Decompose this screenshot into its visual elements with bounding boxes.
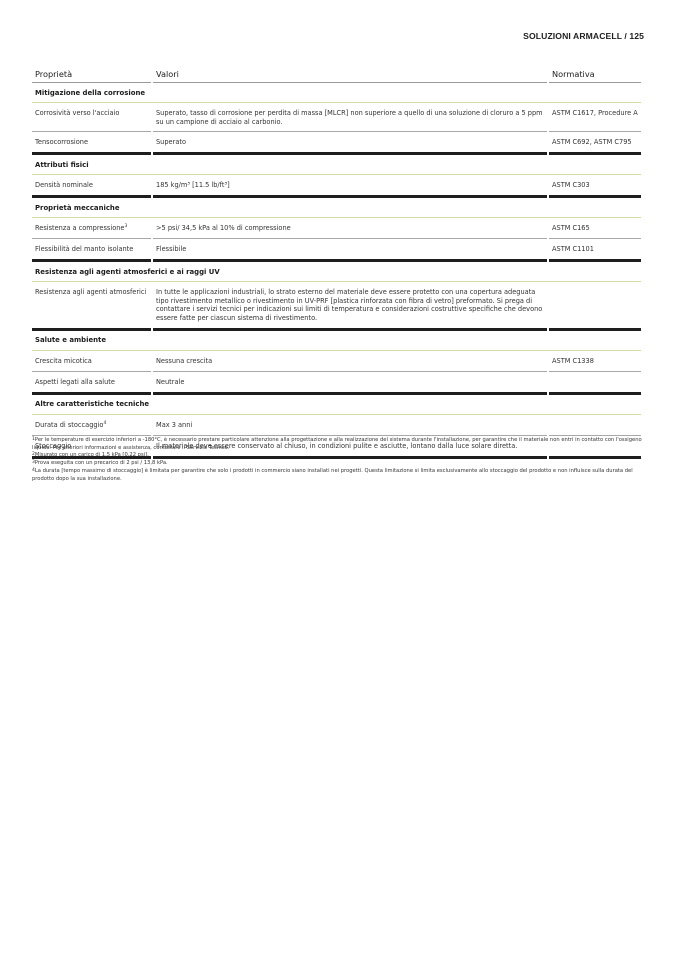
property-cell: Tensocorrosione xyxy=(32,132,151,155)
property-cell: Densità nominale xyxy=(32,175,151,198)
value-cell: >5 psi/ 34,5 kPa al 10% di compressione xyxy=(153,218,547,239)
property-label: Resistenza a compressione xyxy=(35,224,124,232)
value-cell: Neutrale xyxy=(153,372,547,395)
value-cell: Flessibile xyxy=(153,239,547,262)
value-cell: Superato, tasso di corrosione per perdit… xyxy=(153,103,547,132)
table-row: Aspetti legati alla saluteNeutrale xyxy=(32,372,641,395)
value-cell: 185 kg/m³ [11.5 lb/ft³] xyxy=(153,175,547,198)
table-body: Mitigazione della corrosioneCorrosività … xyxy=(32,83,641,459)
footnote: 4La durata [tempo massimo di stoccaggio]… xyxy=(32,468,644,483)
property-label: Aspetti legati alla salute xyxy=(35,378,115,386)
footnotes: 1Per le temperature di esercizio inferio… xyxy=(32,437,644,483)
page-header: SOLUZIONI ARMACELL / 125 xyxy=(523,31,644,41)
footnote: 1Per le temperature di esercizio inferio… xyxy=(32,437,644,452)
value-cell: Max 3 anni xyxy=(153,415,547,436)
footnote-text: La durata [tempo massimo di stoccaggio] … xyxy=(32,468,633,482)
table-row: Resistenza a compressione3>5 psi/ 34,5 k… xyxy=(32,218,641,239)
table-row: Corrosività verso l'acciaioSuperato, tas… xyxy=(32,103,641,132)
standard-cell: ASTM C303 xyxy=(549,175,641,198)
property-cell: Crescita micotica xyxy=(32,351,151,372)
column-header-standard: Normativa xyxy=(549,69,641,83)
footnote-text: Prova eseguita con un precarico di 2 psi… xyxy=(35,460,168,466)
table-header: Proprietà Valori Normativa xyxy=(32,64,641,83)
property-cell: Corrosività verso l'acciaio xyxy=(32,103,151,132)
property-cell: Flessibilità del manto isolante xyxy=(32,239,151,262)
table-row: Durata di stoccaggio4Max 3 anni xyxy=(32,415,641,436)
column-header-value: Valori xyxy=(153,69,547,83)
footnote-ref: 3 xyxy=(124,224,127,229)
property-label: Corrosività verso l'acciaio xyxy=(35,109,119,117)
property-cell: Durata di stoccaggio4 xyxy=(32,415,151,436)
property-label: Densità nominale xyxy=(35,181,93,189)
property-label: Durata di stoccaggio xyxy=(35,421,103,429)
property-cell: Aspetti legati alla salute xyxy=(32,372,151,395)
section-header: Resistenza agli agenti atmosferici e ai … xyxy=(32,262,641,282)
property-label: Tensocorrosione xyxy=(35,138,88,146)
footnote-text: Per le temperature di esercizio inferior… xyxy=(32,437,642,451)
footnote-number: 1 xyxy=(32,437,35,442)
standard-cell: ASTM C165 xyxy=(549,218,641,239)
table-row: TensocorrosioneSuperatoASTM C692, ASTM C… xyxy=(32,132,641,155)
property-cell: Resistenza a compressione3 xyxy=(32,218,151,239)
value-cell: Nessuna crescita xyxy=(153,351,547,372)
standard-cell: ASTM C1338 xyxy=(549,351,641,372)
standard-cell: ASTM C1101 xyxy=(549,239,641,262)
section-header: Altre caratteristiche tecniche xyxy=(32,395,641,415)
value-cell: In tutte le applicazioni industriali, lo… xyxy=(153,282,547,330)
footnote-ref: 4 xyxy=(103,421,106,426)
section-header: Salute e ambiente xyxy=(32,331,641,351)
footnote: 2Misurato con un carico di 1,5 kPa [0,22… xyxy=(32,452,644,460)
value-cell: Superato xyxy=(153,132,547,155)
footnote-text: Misurato con un carico di 1,5 kPa [0,22 … xyxy=(35,452,149,458)
footnote-number: 2 xyxy=(32,452,35,457)
table-row: Crescita micoticaNessuna crescitaASTM C1… xyxy=(32,351,641,372)
section-header: Attributi fisici xyxy=(32,155,641,175)
column-header-property: Proprietà xyxy=(32,69,151,83)
property-cell: Resistenza agli agenti atmosferici xyxy=(32,282,151,330)
properties-table: Proprietà Valori Normativa Mitigazione d… xyxy=(32,64,641,459)
footnote-number: 3 xyxy=(32,460,35,465)
footnote-number: 4 xyxy=(32,468,35,473)
property-label: Flessibilità del manto isolante xyxy=(35,245,133,253)
footnote: 3Prova eseguita con un precarico di 2 ps… xyxy=(32,460,644,468)
section-header: Mitigazione della corrosione xyxy=(32,83,641,103)
table-row: Densità nominale185 kg/m³ [11.5 lb/ft³]A… xyxy=(32,175,641,198)
standard-cell: ASTM C1617, Procedure A xyxy=(549,103,641,132)
property-label: Crescita micotica xyxy=(35,357,92,365)
standard-cell: ASTM C692, ASTM C795 xyxy=(549,132,641,155)
standard-cell xyxy=(549,415,641,436)
property-label: Resistenza agli agenti atmosferici xyxy=(35,288,146,296)
table-row: Resistenza agli agenti atmosfericiIn tut… xyxy=(32,282,641,330)
standard-cell xyxy=(549,372,641,395)
table-row: Flessibilità del manto isolanteFlessibil… xyxy=(32,239,641,262)
standard-cell xyxy=(549,282,641,330)
section-header: Proprietà meccaniche xyxy=(32,198,641,218)
